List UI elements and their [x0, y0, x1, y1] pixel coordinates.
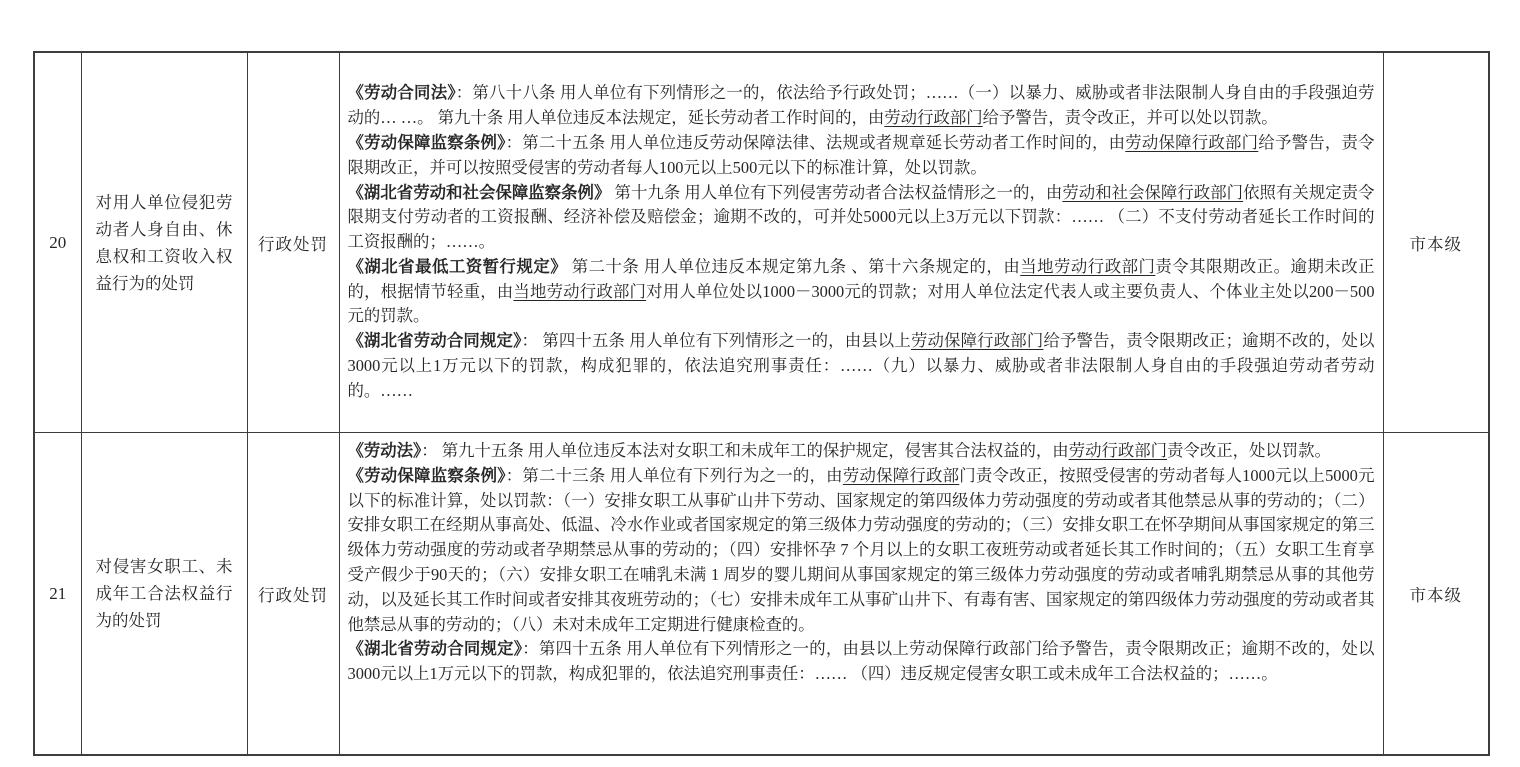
- basis-paragraph: 《劳动保障监察条例》：第二十五条 用人单位违反劳动保障法律、法规或者规章延长劳动…: [348, 131, 1375, 181]
- implementation-level: 市本级: [1410, 586, 1463, 605]
- law-title: 《劳动法》: [348, 441, 422, 460]
- basis-paragraph: 《湖北省劳动合同规定》： 第四十五条 用人单位有下列情形之一的，由县以上劳动保障…: [348, 329, 1375, 403]
- item-name-cell: 对侵害女职工、未成年工合法权益行为的处罚: [81, 433, 247, 756]
- implementation-level: 市本级: [1410, 235, 1463, 254]
- authority-name: 劳动行政部门: [884, 108, 982, 127]
- legal-basis-cell: 《劳动合同法》：第八十八条 用人单位有下列情形之一的，依法给予行政处罚；……（一…: [339, 52, 1383, 433]
- authority-name: 劳动和社会保障行政部门: [1062, 183, 1243, 202]
- basis-text: ： 第九十五条 用人单位违反本法对女职工和未成年工的保护规定，侵害其合法权益的，…: [421, 441, 1068, 460]
- authority-name: 劳动保障行政部门: [1125, 133, 1258, 152]
- row-number-cell: 21: [34, 433, 81, 756]
- law-title: 《劳动保障监察条例》: [348, 133, 506, 152]
- basis-paragraph: 《湖北省劳动合同规定》：第四十五条 用人单位有下列情形之一的，由县以上劳动保障行…: [348, 637, 1375, 687]
- implementation-level-cell: 市本级: [1383, 52, 1489, 433]
- penalty-category-cell: 行政处罚: [247, 433, 339, 756]
- basis-paragraph: 《劳动合同法》：第八十八条 用人单位有下列情形之一的，依法给予行政处罚；……（一…: [348, 81, 1375, 131]
- law-title: 《湖北省劳动和社会保障监察条例》: [348, 183, 611, 202]
- law-title: 《劳动保障监察条例》: [348, 466, 506, 485]
- table-row: 21 对侵害女职工、未成年工合法权益行为的处罚 行政处罚 《劳动法》： 第九十五…: [34, 433, 1489, 756]
- authority-name: 当地劳动行政部门: [1020, 257, 1155, 276]
- basis-text: ：第二十五条 用人单位违反劳动保障法律、法规或者规章延长劳动者工作时间的，由: [506, 133, 1126, 152]
- authority-name: 劳动保障行政部门: [911, 331, 1044, 350]
- law-title: 《湖北省最低工资暂行规定》: [348, 257, 568, 276]
- basis-text: 门责令改正，按照受侵害的劳动者每人1000元以上5000元以下的标准计算，处以罚…: [348, 466, 1375, 634]
- row-number: 20: [49, 233, 66, 252]
- basis-paragraph: 《劳动法》： 第九十五条 用人单位违反本法对女职工和未成年工的保护规定，侵害其合…: [348, 439, 1375, 464]
- penalty-category: 行政处罚: [258, 235, 328, 254]
- basis-text: 第十九条 用人单位有下列侵害劳动者合法权益情形之一的，由: [610, 183, 1062, 202]
- basis-paragraph: 《湖北省劳动和社会保障监察条例》 第十九条 用人单位有下列侵害劳动者合法权益情形…: [348, 181, 1375, 255]
- item-name-cell: 对用人单位侵犯劳动者人身自由、休息权和工资收入权益行为的处罚: [81, 52, 247, 433]
- penalty-category: 行政处罚: [258, 586, 328, 605]
- basis-text: ： 第四十五条 用人单位有下列情形之一的，由县以上: [521, 331, 910, 350]
- penalty-category-cell: 行政处罚: [247, 52, 339, 433]
- legal-basis-content: 《劳动合同法》：第八十八条 用人单位有下列情形之一的，依法给予行政处罚；……（一…: [340, 81, 1383, 403]
- law-title: 《劳动合同法》: [348, 83, 456, 102]
- basis-paragraph: 《湖北省最低工资暂行规定》 第二十条 用人单位违反本规定第九条 、第十六条规定的…: [348, 255, 1375, 329]
- item-name: 对侵害女职工、未成年工合法权益行为的处罚: [82, 553, 247, 634]
- table-body: 20 对用人单位侵犯劳动者人身自由、休息权和工资收入权益行为的处罚 行政处罚 《…: [34, 52, 1489, 755]
- law-title: 《湖北省劳动合同规定》: [348, 639, 523, 658]
- basis-text: 第二十条 用人单位违反本规定第九条 、第十六条规定的，由: [567, 257, 1020, 276]
- table-row: 20 对用人单位侵犯劳动者人身自由、休息权和工资收入权益行为的处罚 行政处罚 《…: [34, 52, 1489, 433]
- item-name: 对用人单位侵犯劳动者人身自由、休息权和工资收入权益行为的处罚: [82, 189, 247, 297]
- basis-text: 给予警告，责令改正，并可以处以罚款。: [983, 108, 1278, 127]
- authority-name: 当地劳动行政部门: [513, 282, 646, 301]
- row-number: 21: [49, 584, 66, 603]
- implementation-level-cell: 市本级: [1383, 433, 1489, 756]
- basis-text: ：第二十三条 用人单位有下列行为之一的，由: [506, 466, 843, 485]
- authority-name: 劳动保障行政部: [843, 466, 959, 485]
- law-title: 《湖北省劳动合同规定》: [348, 331, 522, 350]
- legal-basis-cell: 《劳动法》： 第九十五条 用人单位违反本法对女职工和未成年工的保护规定，侵害其合…: [339, 433, 1383, 756]
- penalty-table: 20 对用人单位侵犯劳动者人身自由、休息权和工资收入权益行为的处罚 行政处罚 《…: [33, 51, 1490, 756]
- row-number-cell: 20: [34, 52, 81, 433]
- basis-paragraph: 《劳动保障监察条例》：第二十三条 用人单位有下列行为之一的，由劳动保障行政部门责…: [348, 464, 1375, 638]
- basis-text: 责令改正，处以罚款。: [1167, 441, 1331, 460]
- legal-basis-content: 《劳动法》： 第九十五条 用人单位违反本法对女职工和未成年工的保护规定，侵害其合…: [340, 433, 1383, 752]
- authority-name: 劳动行政部门: [1069, 441, 1167, 460]
